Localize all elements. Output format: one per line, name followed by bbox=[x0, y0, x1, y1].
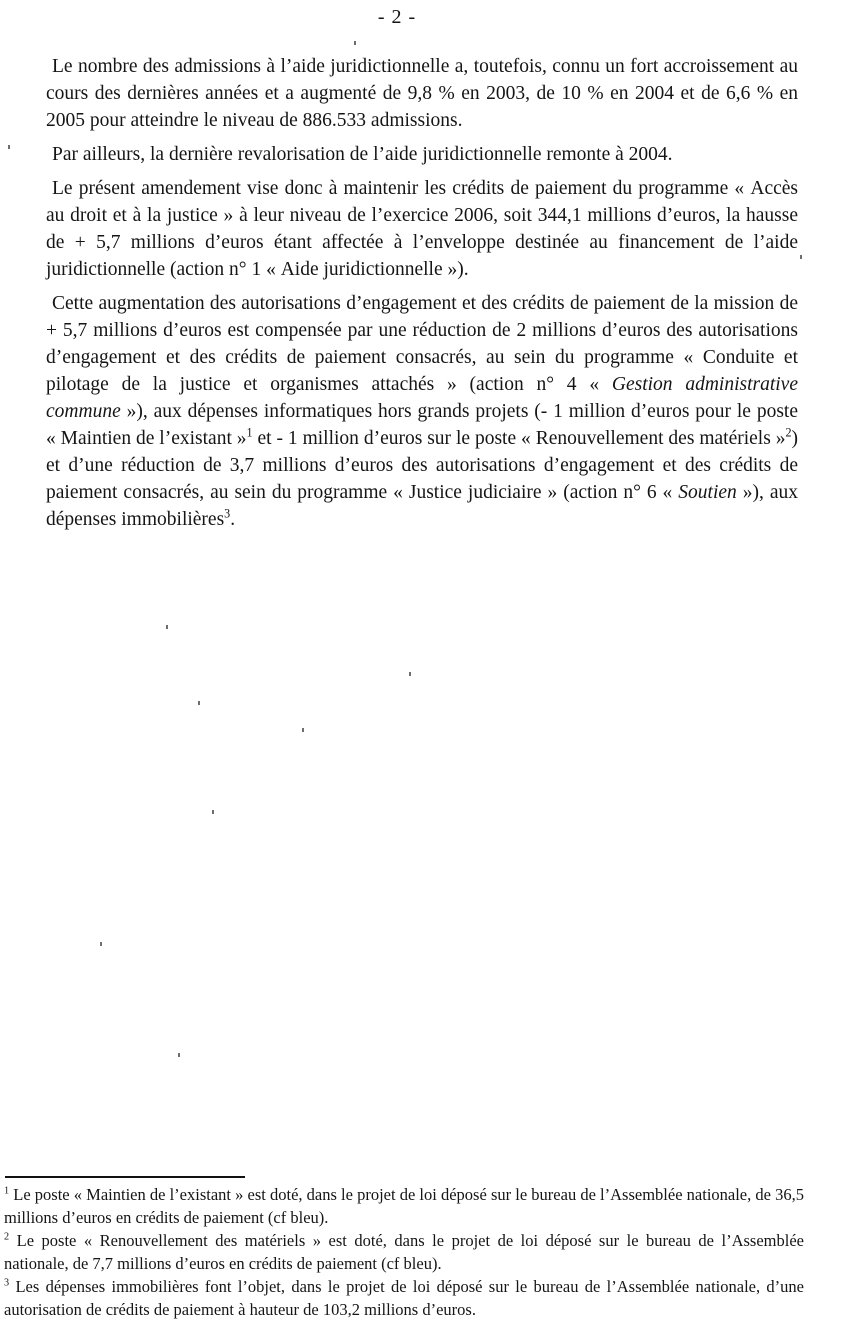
scan-speck bbox=[166, 625, 168, 629]
page-number: - 2 - bbox=[0, 6, 794, 29]
text-segment: et - 1 million d’euros sur le poste « Re… bbox=[253, 428, 786, 449]
scan-speck bbox=[212, 810, 214, 814]
footnote-1-text: Le poste « Maintien de l’existant » est … bbox=[4, 1185, 804, 1227]
scan-speck bbox=[302, 728, 304, 732]
scan-speck bbox=[409, 672, 411, 676]
footnote-2: 2 Le poste « Renouvellement des matériel… bbox=[4, 1229, 804, 1275]
scan-speck bbox=[8, 145, 10, 149]
paragraph-admissions: Le nombre des admissions à l’aide juridi… bbox=[46, 53, 798, 134]
footnotes-section: 1 Le poste « Maintien de l’existant » es… bbox=[4, 1183, 804, 1321]
document-body: Le nombre des admissions à l’aide juridi… bbox=[46, 53, 798, 540]
paragraph-compensation: Cette augmentation des autorisations d’e… bbox=[46, 290, 798, 533]
paragraph-revalorisation: Par ailleurs, la dernière revalorisation… bbox=[46, 141, 798, 168]
scanned-document-page: - 2 - Le nombre des admissions à l’aide … bbox=[0, 0, 845, 1323]
footnote-3: 3 Les dépenses immobilières font l’objet… bbox=[4, 1275, 804, 1321]
footnote-2-text: Le poste « Renouvellement des matériels … bbox=[4, 1231, 804, 1273]
text-segment-italic: Soutien bbox=[678, 482, 737, 503]
scan-speck bbox=[178, 1053, 180, 1057]
scan-speck bbox=[354, 41, 356, 45]
scan-speck bbox=[800, 255, 802, 259]
paragraph-amendement: Le présent amendement vise donc à mainte… bbox=[46, 175, 798, 283]
footnote-1: 1 Le poste « Maintien de l’existant » es… bbox=[4, 1183, 804, 1229]
scan-speck bbox=[100, 942, 102, 946]
footnote-3-text: Les dépenses immobilières font l’objet, … bbox=[4, 1277, 804, 1319]
footnote-separator-rule bbox=[5, 1176, 245, 1178]
scan-speck bbox=[198, 701, 200, 705]
text-segment: . bbox=[230, 509, 235, 530]
